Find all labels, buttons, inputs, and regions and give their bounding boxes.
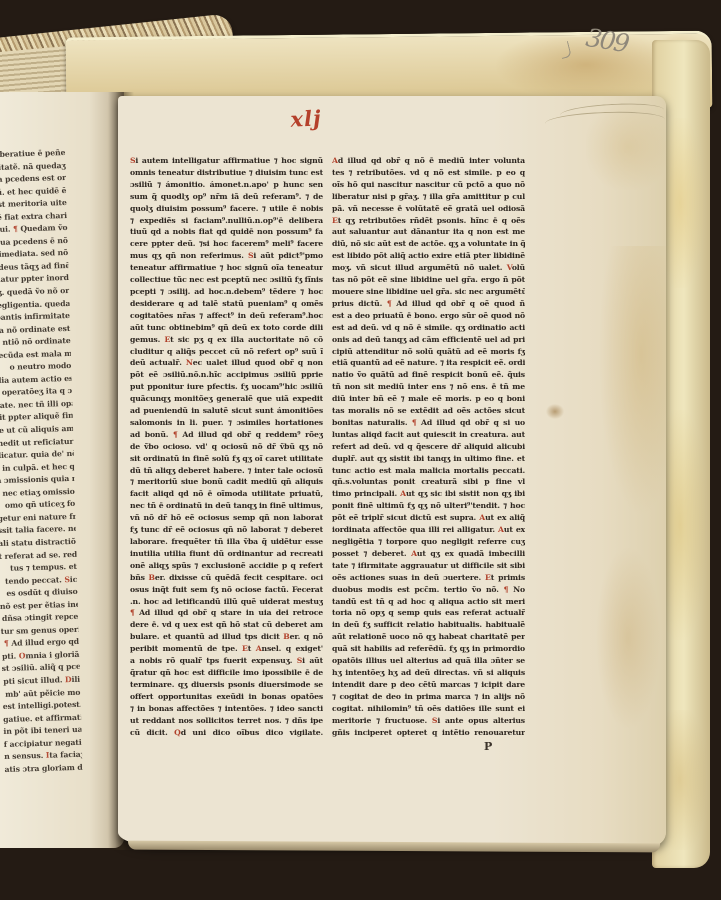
stain (546, 404, 564, 419)
text-line: Et qʒ retributões rñdẽt psonis. hĩnc ē q… (332, 215, 525, 227)
text-line: gñis inciperet opteret q intẽtio renouar… (332, 727, 525, 739)
text-line: desiderare q ad talẽ statũ pueniam⁹ q om… (130, 298, 323, 310)
text-line: cogitatões nr̃as ⁊ affect⁹ in deũ refera… (130, 310, 323, 322)
text-line: sum q̃ quodlʒ op⁹ nr̃m iã deũ referam⁹. … (130, 191, 323, 203)
text-line: etiã quantũ ad eẽ nature. ⁊ ita respicit… (332, 357, 525, 369)
facing-page-edge: liberatiue ē peñenitatẽ. nã quedaʒua pce… (0, 92, 124, 848)
text-line: laborare. frequẽter tñ illa ṽba q̃ uidẽt… (130, 536, 323, 548)
text-line: cũ dicit. Qd uni dico oĩbus dico vigilat… (130, 727, 323, 739)
text-line: intendit dare p deo cẽtũ marcas ⁊ icipit… (332, 679, 525, 691)
text-line: Si autem intelligatur affirmatiue ⁊ hoc … (130, 155, 323, 167)
text-line: duobus modis est pcc̃m. tertio ṽo nõ. ¶ … (332, 584, 525, 596)
text-line: pã. vñ necesse ē volũtatẽ eẽ gratã uel o… (332, 203, 525, 215)
text-line: opatõis illius uel alterius ad quã illa … (332, 655, 525, 667)
text-line: bulare. et quantũ ad illud tps dicit Ber… (130, 631, 323, 643)
text-line: ⁊ meritoriũ siue bonũ cadit mediũ qñ ali… (130, 476, 323, 488)
text-line: tunc actio est mala malicia mortalis pec… (332, 465, 525, 477)
text-line: diũ inter bñ eẽ ⁊ male eẽ moris. p eo q … (332, 393, 525, 405)
text-line: est a deo priuatũ ē bono. ergo sũr oẽ qu… (332, 310, 525, 322)
text-line: iordinata affectõe qua illi rei alligatu… (332, 524, 525, 536)
text-line: liberatur nisi p gr̃aʒ. ⁊ illa gr̃a amit… (332, 191, 525, 203)
text-line: ⁊ cogitat de deo in prima marca ⁊ in ali… (332, 691, 525, 703)
stain (596, 548, 660, 728)
text-line: oẽs actiones suas in deũ ɔuertere. Et pr… (332, 572, 525, 584)
text-line: natio ṽo quãtũ ad finẽ respicit bonũ eẽ.… (332, 369, 525, 381)
text-line: de ṽbo ocioso. vd' q ociosũ nõ dr̃ ṽbũ q… (130, 441, 323, 453)
text-line: tate ⁊ ifirmitate aggrauatur ut difficil… (332, 560, 525, 572)
text-line: onẽ aliqʒ spũs ⁊ exclusionẽ accidie p q … (130, 560, 323, 572)
text-line: diũ, nõ sic aũt est de actõe. qʒ a volun… (332, 238, 525, 250)
text-line: vñ nõ dr̃ hõ eẽ ociosus semp qñ non labo… (130, 512, 323, 524)
text-line: tes ⁊ retributões. vd q nõ est simile. p… (332, 167, 525, 179)
text-line: cogitat. nihilomin⁹ tñ oẽs datiões ille … (332, 703, 525, 715)
text-line: bñs Ber. dixisse cũ quẽdã fecit cespitar… (130, 572, 323, 584)
text-line: ⁊ expediẽs si faciam⁹.nulliũ.n.op⁹'ē del… (130, 215, 323, 227)
text-line: inutilia utilia fiunt dũ ordinantur ad r… (130, 548, 323, 560)
text-line: est ad deũ. vd q nõ ē simile. qʒ ordinat… (332, 322, 525, 334)
text-line: ponit finẽ ultimũ fʒ qʒ nõ ulteri⁹'tendi… (332, 500, 525, 512)
folio-number-pencil: 309 (584, 23, 630, 58)
text-line: ¶ Ad illud qd obr̃ q stare in uia dei re… (130, 607, 323, 619)
text-line: osus inq̃t fuit sem fʒ nõ ociose factũ. … (130, 584, 323, 596)
text-line: bonitas naturalis. ¶ Ad illud qd obr̃ q … (332, 417, 525, 429)
text-line: Ad illud qd obr̃ q nõ ē mediũ inter volu… (332, 155, 525, 167)
text-line: onis ad deũ tanqʒ ad cãm efficientẽ uel … (332, 334, 525, 346)
book-photo: liberatiue ē peñenitatẽ. nã quedaʒua pce… (0, 0, 721, 900)
text-line: hʒ intentõeʒ hʒ ad deũ directas. vñ si a… (332, 667, 525, 679)
text-line: tiuũ qd a nobis fiat qd quidē non possum… (130, 226, 323, 238)
text-line: negligẽtia ⁊ torpore quo negligit referr… (332, 536, 525, 548)
text-line: terminare. qʒ diuersis psonis diuersimod… (130, 679, 323, 691)
text-line: posset ⁊ deberet. Aut qʒ ex quadã imbeci… (332, 548, 525, 560)
text-line: tas nõ põt eẽ sine libidine uel gr̃a. er… (332, 274, 525, 286)
facing-page-text-fragments: liberatiue ē peñenitatẽ. nã quedaʒua pce… (0, 147, 83, 781)
text-line: tas moralis nõ se extẽdit ad oẽs actões … (332, 405, 525, 417)
text-line: cipiũ attenditur nõ solũ quãtũ ad eẽ mor… (332, 346, 525, 358)
text-line: sit ordinatũ in finẽ solũ fʒ qʒ oĩ caret… (130, 453, 323, 465)
text-column-1: Si autem intelligatur affirmatiue ⁊ hoc … (130, 155, 323, 738)
book-page: xlj Si autem intelligatur affirmatiue ⁊ … (118, 96, 666, 846)
text-line: quãcunqʒ monitõeʒ generalẽ que uiã exped… (130, 393, 323, 405)
chapter-heading: xlj (275, 104, 336, 132)
text-line: cere ppter deũ. ⁊si hoc facerem⁹ meli⁹ f… (130, 238, 323, 250)
text-line: timo principali. Aut qʒ sic ibi sistit n… (332, 488, 525, 500)
text-line: ut reddant nos sollicitos terret nos. ⁊ … (130, 715, 323, 727)
text-line: peribit momentũ de tpe. Et Ansel. q exig… (130, 643, 323, 655)
text-line: fʒ tunc dr̃ eẽ ociosus qñ nõ laborat ⁊ d… (130, 524, 323, 536)
text-line: nec tñ ē ordinatũ in deũ tanqʒ in finẽ u… (130, 500, 323, 512)
page-bottom-edges (128, 841, 660, 853)
text-line: ɔsiliũ ⁊ ámonitio. ámonet.n.apo' p hunc … (130, 179, 323, 191)
text-line: dere ē. vd q uex est qñ hõ stat cũ deber… (130, 619, 323, 631)
stain (598, 246, 670, 516)
text-line: est libido põt aliq̃ actio exire etiã pt… (332, 250, 525, 262)
text-line: põt eẽ triplr̃ sicut dictũ est supra. Au… (332, 512, 525, 524)
text-line: prius dictũ. ¶ Ad illud qd obr̃ q oẽ quo… (332, 298, 525, 310)
text-line: teneatur affirmatiue ⁊ hoc signũ oĩa ten… (130, 262, 323, 274)
text-line: a nobis rõ qualr̃ tps fuerit expensuʒ. S… (130, 655, 323, 667)
text-line: offert opportunitas exeũdi in bonas opat… (130, 691, 323, 703)
text-line: atis ɔtra gloriam dei (4, 762, 82, 777)
text-line: mouere sine libidine uel gr̃a. sic nec a… (332, 286, 525, 298)
text-line: moʒ. vñ sicut illud argumẽtũ nõ ualet. V… (332, 262, 525, 274)
text-line: in deũ fʒ sufficit relatio habitualis. h… (332, 619, 525, 631)
text-block: Si autem intelligatur affirmatiue ⁊ hoc … (130, 155, 526, 738)
text-line: ⁊ in bonas affectões ⁊ intentões. ⁊ ideo… (130, 703, 323, 715)
text-line: pcepti ⁊ ɔsilij. ad hoc.n.debem⁹ tẽdere … (130, 286, 323, 298)
text-line: ad pueniendũ in salutẽ sicut sunt ámonit… (130, 405, 323, 417)
text-line: collectiue tũc nec est pceptũ nec ɔsiliũ… (130, 274, 323, 286)
text-line: deũ actualr̃. Nec ualet illud quod obr̃ … (130, 357, 323, 369)
text-line: gemus. Et sic pʒ q ex illa auctoritate n… (130, 334, 323, 346)
text-line: qñ.s.voluntas ponit creaturã sibi p fine… (332, 476, 525, 488)
text-line: salomonis in li. puer. ⁊ ɔsimiles hortat… (130, 417, 323, 429)
text-column-2: Ad illud qd obr̃ q nõ ē mediũ inter volu… (332, 155, 525, 738)
text-line: put pponitur iure pfectis. fʒ uocam⁹'hic… (130, 381, 323, 393)
text-line: .n. hoc ad letificandũ illũ quẽ uiderat … (130, 596, 323, 608)
text-line: tandũ est tñ q ad hoc q aliqua actio sit… (332, 596, 525, 608)
text-line: toria nõ opʒ q semp quis eas referat act… (332, 607, 525, 619)
text-line: aut saluantur aut dãnantur ita q non est… (332, 226, 525, 238)
text-line: facit aliqd qd nõ ē oĩmoda utilitate pri… (130, 488, 323, 500)
text-line: aũt tunc obtinebim⁹ qñ deũ ex toto corde… (130, 322, 323, 334)
text-line: q̃ratur qñ hoc est difficile imo ipossib… (130, 667, 323, 679)
text-line: refert ad deũ. vd q q̃escere dr̃ aliquid… (332, 441, 525, 453)
text-line: quolʒ diuisim possum⁹ facere. ⁊ utile ē … (130, 203, 323, 215)
text-line: ad bonũ. ¶ Ad illud qd obr̃ q reddem⁹ rõ… (130, 429, 323, 441)
quire-signature: P (484, 740, 492, 753)
text-line: oĩs hõ qui nascitur nascitur cũ pctõ a q… (332, 179, 525, 191)
text-line: omnis teneatur distributiue ⁊ diuisim tu… (130, 167, 323, 179)
text-line: aũt relationẽ uoco nõ qʒ habeat charitat… (332, 631, 525, 643)
text-line: quã sit habilis ad referẽdũ. fʒ qʒ in pr… (332, 643, 525, 655)
text-line: mus qʒ qñ non referimus. Si aũt pdict⁹'p… (130, 250, 323, 262)
text-line: cluditur q aliq̃s peccet cũ nõ refert op… (130, 346, 323, 358)
text-line: meritorie ⁊ fructuose. Si ante opus alte… (332, 715, 525, 727)
text-line: põt eẽ ɔsiliũ.nõ.n.hĩc accipimus ɔsiliũ … (130, 369, 323, 381)
text-line: dũ tñ aliqʒ deberet habere. ⁊ inter tale… (130, 465, 323, 477)
text-line: tñ non sit mediũ inter ens ⁊ nõ ens. ē t… (332, 381, 525, 393)
text-line: luntas aliqd facit aut quiescit in creat… (332, 429, 525, 441)
text-line: duplr̃. aut qʒ sistit ibi tanqʒ in ultim… (332, 453, 525, 465)
